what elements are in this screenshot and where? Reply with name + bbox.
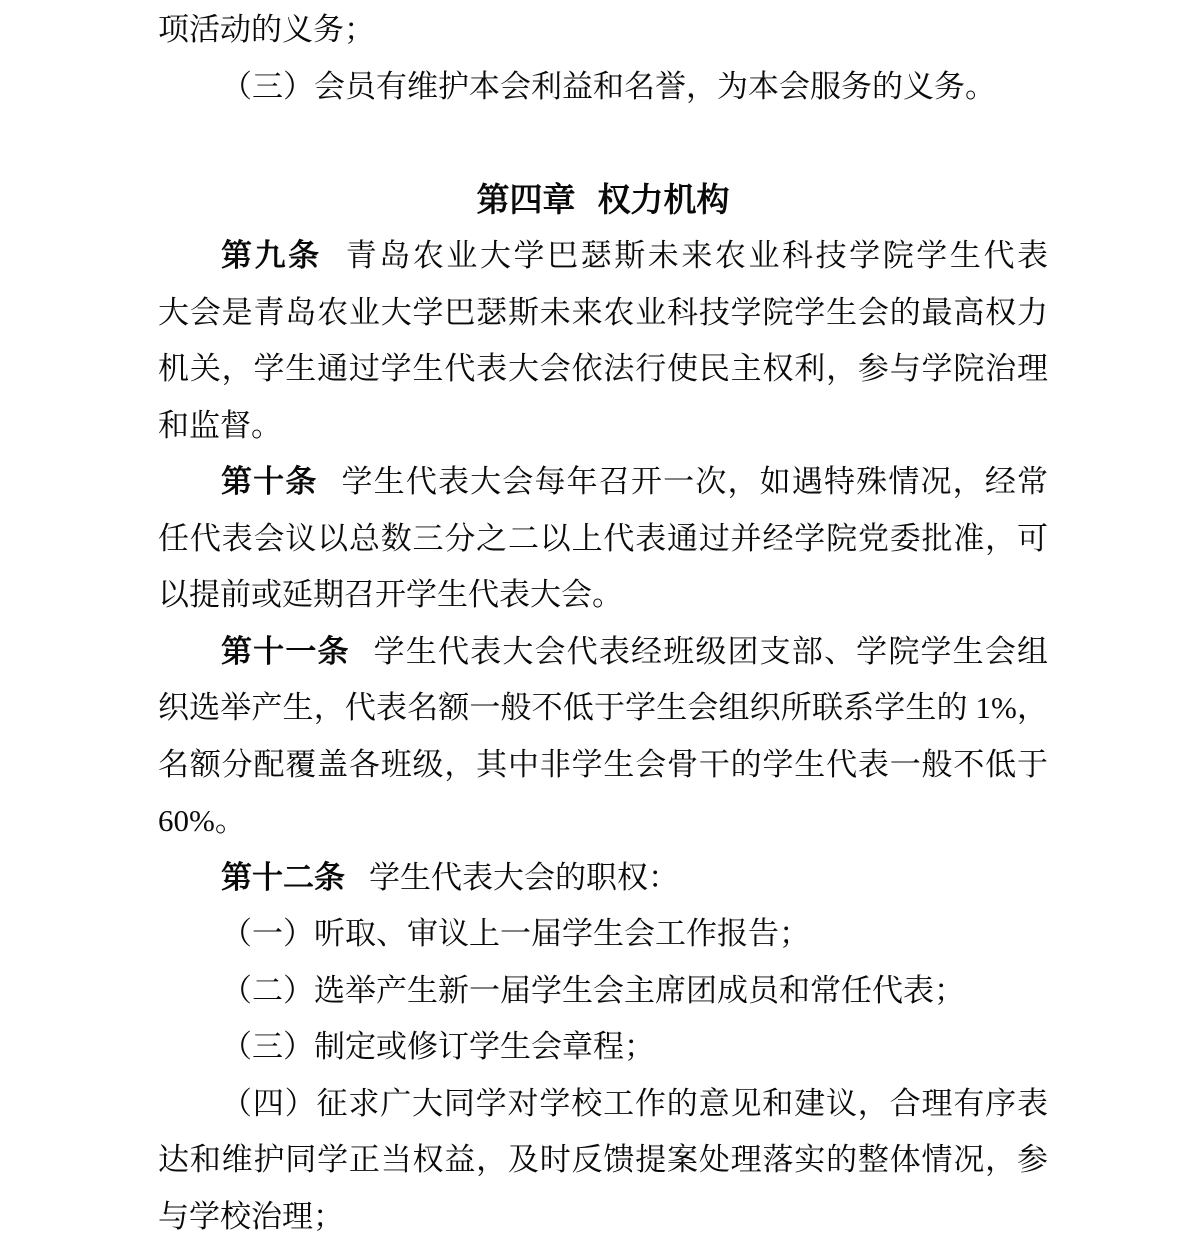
text-line-item-3: （三）制定或修订学生会章程； (158, 1019, 1048, 1076)
text-line: 大会是青岛农业大学巴瑟斯未来农业科技学院学生会的最高权力 (158, 285, 1048, 342)
article-text: 学生代表大会代表经班级团支部、学院学生会组 (374, 634, 1048, 669)
text-line: 织选举产生，代表名额一般不低于学生会组织所联系学生的 1%， (158, 680, 1048, 737)
text-line: 名额分配覆盖各班级，其中非学生会骨干的学生代表一般不低于 (158, 737, 1048, 794)
article-text: 学生代表大会每年召开一次，如遇特殊情况，经常 (342, 464, 1049, 499)
text-line-continuation: 项活动的义务； (158, 2, 1048, 59)
article-number: 第九条 (221, 238, 322, 273)
text-line: 60%。 (158, 793, 1048, 850)
text-line-item-2: （二）选举产生新一届学生会主席团成员和常任代表； (158, 963, 1048, 1020)
chapter-title: 权力机构 (598, 181, 730, 218)
document-page: 项活动的义务； （三）会员有维护本会利益和名誉，为本会服务的义务。 第四章权力机… (158, 0, 1048, 1245)
article-text: 青岛农业大学巴瑟斯未来农业科技学院学生代表 (346, 238, 1048, 273)
text-line-item-1: （一）听取、审议上一届学生会工作报告； (158, 906, 1048, 963)
text-line: 达和维护同学正当权益，及时反馈提案处理落实的整体情况，参 (158, 1132, 1048, 1189)
text-line-item-3-prev: （三）会员有维护本会利益和名誉，为本会服务的义务。 (158, 59, 1048, 116)
chapter-number: 第四章 (477, 181, 576, 218)
chapter-heading: 第四章权力机构 (158, 172, 1048, 229)
text-line: 和监督。 (158, 398, 1048, 455)
text-line: 与学校治理； (158, 1189, 1048, 1246)
text-line-item-4: （四）征求广大同学对学校工作的意见和建议，合理有序表 (158, 1076, 1048, 1133)
article-number: 第十一条 (221, 634, 350, 669)
text-line: 任代表会议以总数三分之二以上代表通过并经学院党委批准，可 (158, 511, 1048, 568)
text-line: 以提前或延期召开学生代表大会。 (158, 567, 1048, 624)
article-text: 学生代表大会的职权： (369, 860, 679, 895)
article-number: 第十二条 (221, 860, 345, 895)
article-number: 第十条 (221, 464, 318, 499)
blank-line (158, 115, 1048, 172)
text-line: 机关，学生通过学生代表大会依法行使民主权利，参与学院治理 (158, 341, 1048, 398)
text-line-article-12-start: 第十二条学生代表大会的职权： (158, 850, 1048, 907)
text-line-article-11-start: 第十一条学生代表大会代表经班级团支部、学院学生会组 (158, 624, 1048, 681)
text-line-article-9-start: 第九条青岛农业大学巴瑟斯未来农业科技学院学生代表 (158, 228, 1048, 285)
text-line-article-10-start: 第十条学生代表大会每年召开一次，如遇特殊情况，经常 (158, 454, 1048, 511)
